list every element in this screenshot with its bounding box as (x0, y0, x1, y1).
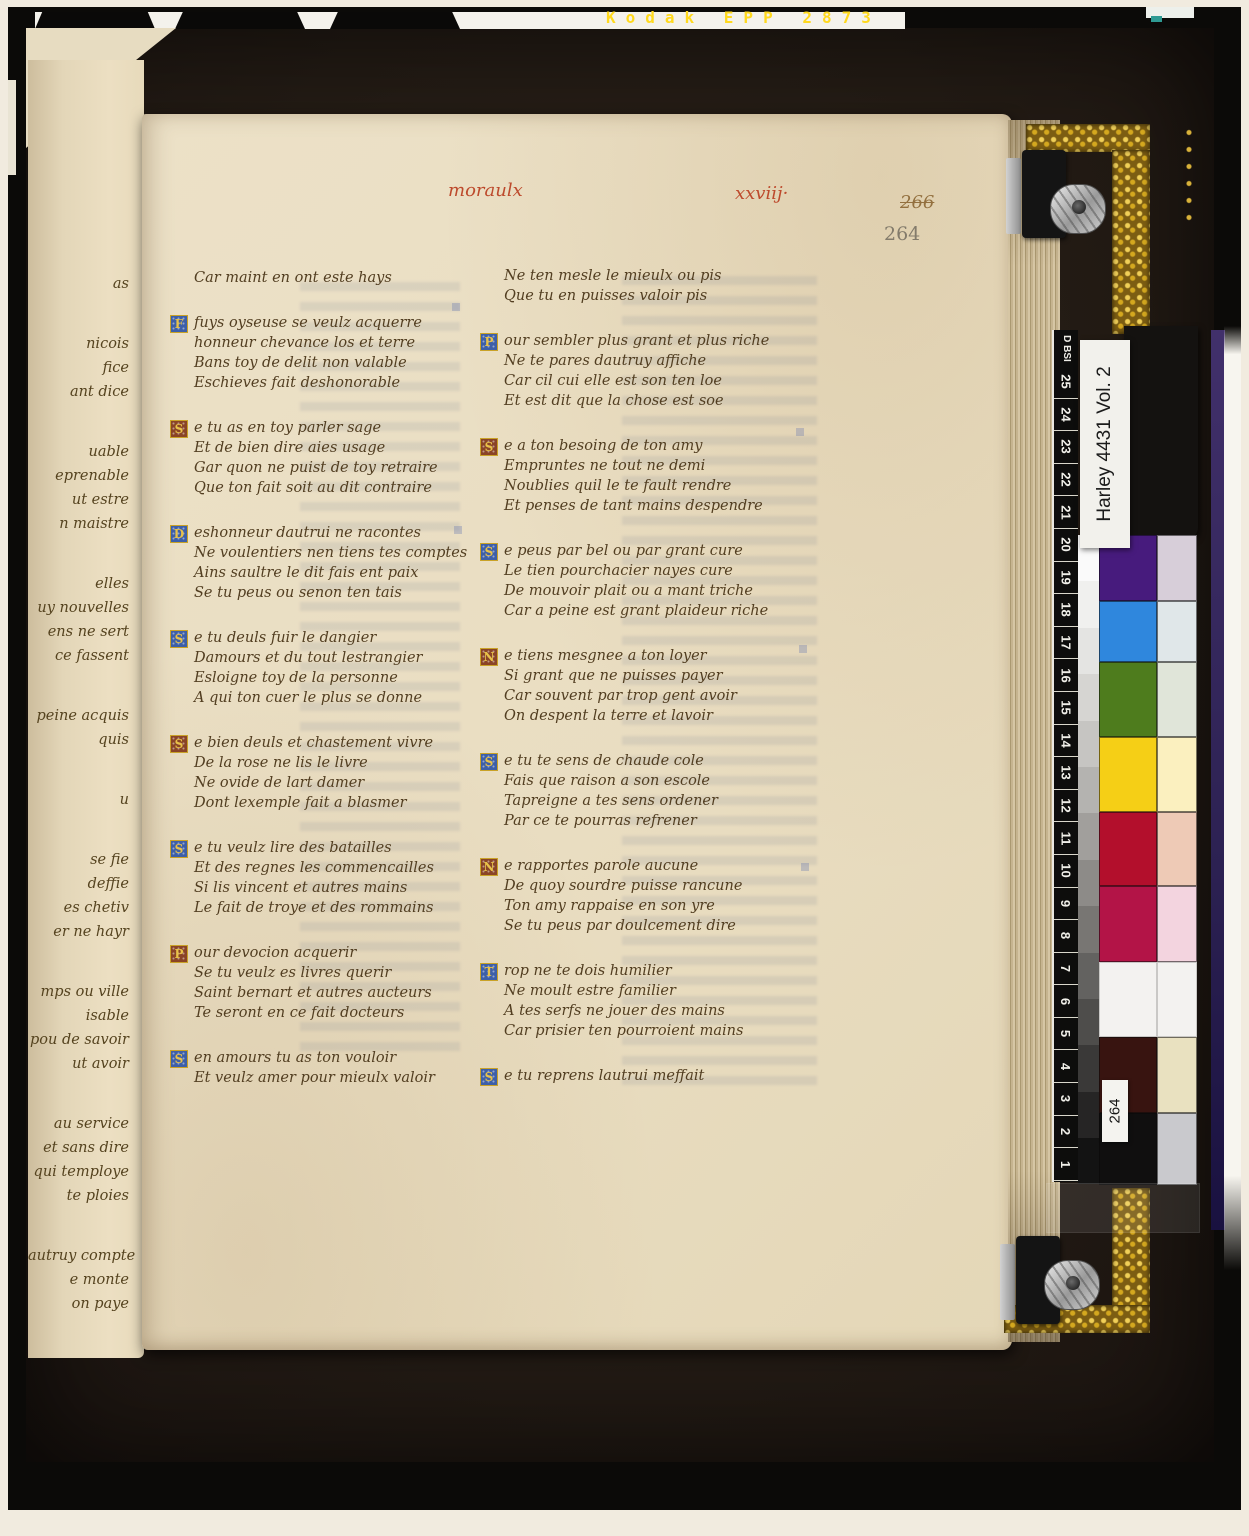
ruler-number: 8 (1054, 920, 1078, 953)
verse-text: e a ton besoing de ton amy (504, 438, 702, 454)
verse-line: S e bien deuls et chastement vivre (170, 733, 470, 753)
color-patch-pale (1157, 886, 1197, 962)
verse-line: Bans toy de delit non valable (170, 353, 470, 373)
verse-line: Et de bien dire aies usage (170, 438, 470, 458)
verse-line: Si lis vincent et autres mains (170, 878, 470, 898)
color-patch-pale (1157, 601, 1197, 662)
color-patch-strong (1099, 737, 1157, 812)
verse-text: Et des regnes les commencailles (194, 860, 434, 876)
color-patch-pair (1099, 812, 1197, 886)
color-patch-pale (1157, 662, 1197, 737)
facing-page-text-fragments: asnicoisficeant diceuableeprenableut est… (28, 272, 134, 1316)
metal-clip-hole-bottom (1066, 1276, 1080, 1290)
ruler-number: 17 (1054, 627, 1078, 660)
grayscale-step (1078, 1138, 1099, 1184)
verse-line: Et est dit que la chose est soe (480, 391, 820, 411)
verse-text: e rapportes parole aucune (504, 858, 698, 874)
verse-line: Le tien pourchacier nayes cure (480, 561, 820, 581)
verse-text: en amours tu as ton vouloir (194, 1050, 396, 1066)
verse-text: Damours et du tout lestrangier (194, 650, 422, 666)
text-fragment: ens ne sert (28, 620, 134, 644)
ruler-number: 1 (1054, 1148, 1078, 1181)
rubric-heading-right: xxviij· (735, 183, 788, 204)
text-fragment: es chetiv (28, 896, 134, 920)
verse-text: e tu as en toy parler sage (194, 420, 381, 436)
verse-text: Ne moult estre familier (504, 983, 676, 999)
illuminated-initial: S (480, 1068, 498, 1086)
verse-text: Se tu peus par doulcement dire (504, 918, 736, 934)
ruler-number: 16 (1054, 659, 1078, 692)
grayscale-step (1078, 813, 1099, 859)
verse-text: Par ce te pourras refrener (504, 813, 697, 829)
text-fragment: ut estre (28, 488, 134, 512)
grayscale-step (1078, 628, 1099, 674)
illuminated-initial: S (480, 753, 498, 771)
text-fragment: autruy compte (28, 1244, 134, 1268)
illuminated-initial: S (170, 840, 188, 858)
verse-text: On despent la terre et lavoir (504, 708, 713, 724)
verse-text: e tiens mesgnee a ton loyer (504, 648, 707, 664)
folio-number-deleted: 266 (900, 192, 934, 213)
illuminated-initial: F (170, 315, 188, 333)
verse-text: Eschieves fait deshonorable (194, 375, 400, 391)
ruler-number: 12 (1054, 790, 1078, 823)
verse-line: A tes serfs ne jouer des mains (480, 1001, 820, 1021)
verse-text: e peus par bel ou par grant cure (504, 543, 743, 559)
verse-line: Fais que raison a son escole (480, 771, 820, 791)
verse-text: A qui ton cuer le plus se donne (194, 690, 422, 706)
shelfmark-label: Harley 4431 Vol. 2 (1080, 340, 1130, 548)
verse-line: Dont lexemple fait a blasmer (170, 793, 470, 813)
gold-tooling-top-vertical (1112, 150, 1150, 334)
film-notch (175, 12, 305, 29)
ruler-number: 14 (1054, 725, 1078, 758)
verse-text: Et veulz amer pour mieulx valoir (194, 1070, 435, 1086)
verse-text: De quoy sourdre puisse rancune (504, 878, 742, 894)
verse-line: Ne moult estre familier (480, 981, 820, 1001)
illuminated-initial: S (170, 630, 188, 648)
grayscale-step (1078, 1045, 1099, 1091)
verse-line: Noublies quil le te fault rendre (480, 476, 820, 496)
verse-text: Tapreigne a tes sens ordener (504, 793, 718, 809)
color-patch-pair (1099, 962, 1197, 1037)
ruler-number: 24 (1054, 399, 1078, 432)
verse-line: Saint bernart et autres aucteurs (170, 983, 470, 1003)
metal-clip-hole-top (1072, 200, 1086, 214)
verse-line: Que tu en puisses valoir pis (480, 286, 820, 306)
text-fragment: deffie (28, 872, 134, 896)
illuminated-initial: S (480, 438, 498, 456)
photographic-ruler: D BSI 2524232221201918171615141312111098… (1052, 330, 1078, 1182)
verse-line: Car maint en ont este hays (170, 268, 470, 288)
text-fragment: fice (28, 356, 134, 380)
verse-column-right: Ne ten mesle le mieulx ou pis Que tu en … (480, 266, 820, 1086)
clip-label-strip-top (1006, 158, 1021, 234)
verse-line: On despent la terre et lavoir (480, 706, 820, 726)
verse-line: D eshonneur dautrui ne racontes (170, 523, 470, 543)
verse-text: Car a peine est grant plaideur riche (504, 603, 768, 619)
verse-line: Esloigne toy de la personne (170, 668, 470, 688)
verse-text: Ne voulentiers nen tiens tes comptes (194, 545, 467, 561)
verse-text: Si grant que ne puisses payer (504, 668, 723, 684)
verse-text: Se tu veulz es livres querir (194, 965, 391, 981)
verse-text: e tu te sens de chaude cole (504, 753, 704, 769)
color-patch-pale (1157, 962, 1197, 1037)
verse-line: Se tu peus par doulcement dire (480, 916, 820, 936)
verse-line: Le fait de troye et des rommains (170, 898, 470, 918)
verse-column-left: Car maint en ont este hays F fuys oyseus… (170, 268, 470, 1088)
grayscale-step (1078, 1092, 1099, 1138)
text-fragment: on paye (28, 1292, 134, 1316)
text-fragment: uable (28, 440, 134, 464)
ruler-number: 4 (1054, 1050, 1078, 1083)
illuminated-initial: P (170, 945, 188, 963)
verse-text: Car prisier ten pourroient mains (504, 1023, 743, 1039)
verse-text: Noublies quil le te fault rendre (504, 478, 731, 494)
verse-line: S e tu deuls fuir le dangier (170, 628, 470, 648)
film-edge-mark (1151, 16, 1162, 22)
film-rebate-purple (1211, 330, 1225, 1230)
verse-line: Se tu peus ou senon ten tais (170, 583, 470, 603)
color-patch-pair (1099, 737, 1197, 812)
grayscale-step (1078, 767, 1099, 813)
verse-line: S e tu reprens lautrui meffait (480, 1066, 820, 1086)
illuminated-initial: T (480, 963, 498, 981)
verse-line: Ains saultre le dit fais ent paix (170, 563, 470, 583)
grayscale-step (1078, 906, 1099, 952)
ruler-number: 25 (1054, 366, 1078, 399)
verse-text: Fais que raison a son escole (504, 773, 710, 789)
grayscale-step-wedge (1078, 535, 1099, 1185)
verse-text: rop ne te dois humilier (504, 963, 672, 979)
verse-line: Tapreigne a tes sens ordener (480, 791, 820, 811)
verse-line: Car prisier ten pourroient mains (480, 1021, 820, 1041)
verse-text: Que tu en puisses valoir pis (504, 288, 707, 304)
verse-line: Et veulz amer pour mieulx valoir (170, 1068, 470, 1088)
ruler-number: 23 (1054, 431, 1078, 464)
ruler-header: D BSI (1054, 330, 1078, 366)
verse-text: honneur chevance los et terre (194, 335, 415, 351)
film-rebate-white (1224, 326, 1241, 1270)
verse-text: Car cil cui elle est son ten loe (504, 373, 722, 389)
text-fragment: n maistre (28, 512, 134, 536)
film-stock-label: Kodak EPP 2873 (606, 8, 986, 30)
text-fragment: qui temploye (28, 1160, 134, 1184)
verse-text: our sembler plus grant et plus riche (504, 333, 769, 349)
verse-line: S e tu veulz lire des batailles (170, 838, 470, 858)
verse-line: Eschieves fait deshonorable (170, 373, 470, 393)
verse-text: De la rose ne lis le livre (194, 755, 368, 771)
color-patch-strong (1099, 662, 1157, 737)
text-fragment: te ploies (28, 1184, 134, 1208)
verse-text: e tu veulz lire des batailles (194, 840, 392, 856)
text-fragment: nicois (28, 332, 134, 356)
grayscale-step (1078, 999, 1099, 1045)
ruler-number: 19 (1054, 562, 1078, 595)
verse-line: Et penses de tant mains despendre (480, 496, 820, 516)
ruler-number: 20 (1054, 529, 1078, 562)
verse-line: Ne te pares dautruy affiche (480, 351, 820, 371)
rubric-heading-left: moraulx (448, 180, 523, 201)
verse-line: P our devocion acquerir (170, 943, 470, 963)
ruler-number: 5 (1054, 1018, 1078, 1051)
verse-text: Que ton fait soit au dit contraire (194, 480, 432, 496)
ruler-number: 7 (1054, 953, 1078, 986)
verse-line: Ne voulentiers nen tiens tes comptes (170, 543, 470, 563)
verse-text: Car souvent par trop gent avoir (504, 688, 737, 704)
verse-line: Empruntes ne tout ne demi (480, 456, 820, 476)
color-patch-pale (1157, 812, 1197, 886)
illuminated-initial: D (170, 525, 188, 543)
verse-line: Car a peine est grant plaideur riche (480, 601, 820, 621)
color-patch-pale (1157, 1037, 1197, 1113)
verse-line: S en amours tu as ton vouloir (170, 1048, 470, 1068)
verse-line: Car souvent par trop gent avoir (480, 686, 820, 706)
verse-line: N e tiens mesgnee a ton loyer (480, 646, 820, 666)
verse-text: De mouvoir plait ou a mant triche (504, 583, 753, 599)
verse-text: Et de bien dire aies usage (194, 440, 385, 456)
verse-line: honneur chevance los et terre (170, 333, 470, 353)
color-patch-strong (1099, 886, 1157, 962)
ruler-number: 13 (1054, 757, 1078, 790)
ruler-number: 6 (1054, 985, 1078, 1018)
ruler-number: 18 (1054, 594, 1078, 627)
text-fragment: elles (28, 572, 134, 596)
verse-text: Si lis vincent et autres mains (194, 880, 407, 896)
verse-text: e bien deuls et chastement vivre (194, 735, 433, 751)
verse-text: Car maint en ont este hays (194, 270, 392, 286)
verse-line: S e peus par bel ou par grant cure (480, 541, 820, 561)
folio-number: 264 (884, 223, 920, 245)
verse-text: Ains saultre le dit fais ent paix (194, 565, 419, 581)
film-notch (35, 12, 155, 29)
verse-line: Si grant que ne puisses payer (480, 666, 820, 686)
grayscale-step (1078, 953, 1099, 999)
verse-text: Ne ten mesle le mieulx ou pis (504, 268, 721, 284)
ruler-number: 22 (1054, 464, 1078, 497)
ruler-number: 11 (1054, 822, 1078, 855)
verse-text: Bans toy de delit non valable (194, 355, 407, 371)
verse-text: our devocion acquerir (194, 945, 356, 961)
text-fragment: as (28, 272, 134, 296)
verse-text: e tu reprens lautrui meffait (504, 1068, 704, 1084)
illuminated-initial: S (170, 1050, 188, 1068)
verse-text: Ne ovide de lart damer (194, 775, 364, 791)
verse-text: Te seront en ce fait docteurs (194, 1005, 404, 1021)
verse-line: Et des regnes les commencailles (170, 858, 470, 878)
verse-text: e tu deuls fuir le dangier (194, 630, 376, 646)
grayscale-step (1078, 721, 1099, 767)
verse-line: Gar quon ne puist de toy retraire (170, 458, 470, 478)
photo-of-manuscript: { "film": { "stock_label": "Kodak EPP 28… (0, 0, 1249, 1536)
verse-line: S e tu as en toy parler sage (170, 418, 470, 438)
verse-line: S e a ton besoing de ton amy (480, 436, 820, 456)
film-edge-sliver-left (8, 80, 16, 175)
gold-tooling-top-horizontal (1026, 124, 1150, 152)
text-fragment: isable (28, 1004, 134, 1028)
color-patch-pale (1157, 737, 1197, 812)
verse-line: Te seront en ce fait docteurs (170, 1003, 470, 1023)
film-notch (330, 12, 460, 29)
verse-line: S e tu te sens de chaude cole (480, 751, 820, 771)
verse-line: A qui ton cuer le plus se donne (170, 688, 470, 708)
color-patch-pair (1099, 662, 1197, 737)
verse-text: eshonneur dautrui ne racontes (194, 525, 421, 541)
color-patch-strong (1099, 812, 1157, 886)
verse-text: Gar quon ne puist de toy retraire (194, 460, 438, 476)
verse-line: F fuys oyseuse se veulz acquerre (170, 313, 470, 333)
verse-line: T rop ne te dois humilier (480, 961, 820, 981)
verse-line: Damours et du tout lestrangier (170, 648, 470, 668)
text-fragment: er ne hayr (28, 920, 134, 944)
black-velvet-patch (1124, 326, 1198, 538)
text-fragment: au service (28, 1112, 134, 1136)
illuminated-initial: S (480, 543, 498, 561)
verse-line: P our sembler plus grant et plus riche (480, 331, 820, 351)
illuminated-initial: S (170, 420, 188, 438)
verse-line: De quoy sourdre puisse rancune (480, 876, 820, 896)
verse-line: De mouvoir plait ou a mant triche (480, 581, 820, 601)
text-fragment: ce fassent (28, 644, 134, 668)
verse-text: Dont lexemple fait a blasmer (194, 795, 407, 811)
text-fragment: peine acquis (28, 704, 134, 728)
ruler-number: 15 (1054, 692, 1078, 725)
color-patch-pair (1099, 601, 1197, 662)
verse-text: Et est dit que la chose est soe (504, 393, 724, 409)
grayscale-step (1078, 674, 1099, 720)
verse-line: De la rose ne lis le livre (170, 753, 470, 773)
verse-text: Empruntes ne tout ne demi (504, 458, 705, 474)
verse-text: Ton amy rappaise en son yre (504, 898, 715, 914)
verse-text: Le fait de troye et des rommains (194, 900, 433, 916)
folio-tag-label: 264 (1102, 1080, 1128, 1142)
grayscale-step (1078, 581, 1099, 627)
clip-label-strip-bottom (1000, 1244, 1015, 1320)
text-fragment: ut avoir (28, 1052, 134, 1076)
verse-line: N e rapportes parole aucune (480, 856, 820, 876)
ruler-number: 21 (1054, 496, 1078, 529)
text-fragment: et sans dire (28, 1136, 134, 1160)
color-patch-pale (1157, 535, 1197, 601)
text-fragment: pou de savoir (28, 1028, 134, 1052)
verse-line: Ton amy rappaise en son yre (480, 896, 820, 916)
verse-text: Le tien pourchacier nayes cure (504, 563, 733, 579)
ruler-number: 2 (1054, 1116, 1078, 1149)
ruler-scale: 2524232221201918171615141312111098765432… (1054, 366, 1078, 1181)
verse-line: Se tu veulz es livres querir (170, 963, 470, 983)
illuminated-initial: N (480, 858, 498, 876)
verse-line: Car cil cui elle est son ten loe (480, 371, 820, 391)
text-fragment: eprenable (28, 464, 134, 488)
text-fragment: u (28, 788, 134, 812)
text-fragment: ant dice (28, 380, 134, 404)
verse-text: Esloigne toy de la personne (194, 670, 398, 686)
illuminated-initial: N (480, 648, 498, 666)
color-patch-pair (1099, 886, 1197, 962)
text-fragment: uy nouvelles (28, 596, 134, 620)
illuminated-initial: P (480, 333, 498, 351)
clear-tape (1046, 1183, 1200, 1233)
gold-stud-dots (1183, 124, 1197, 224)
verse-text: Se tu peus ou senon ten tais (194, 585, 402, 601)
ruler-number: 10 (1054, 855, 1078, 888)
verse-line: Ne ten mesle le mieulx ou pis (480, 266, 820, 286)
verse-line: Par ce te pourras refrener (480, 811, 820, 831)
verse-line: Que ton fait soit au dit contraire (170, 478, 470, 498)
color-patch-strong (1099, 962, 1157, 1037)
grayscale-step (1078, 860, 1099, 906)
text-fragment: e monte (28, 1268, 134, 1292)
color-patch-pale (1157, 1113, 1197, 1185)
ruler-number: 9 (1054, 888, 1078, 921)
ruler-number: 3 (1054, 1083, 1078, 1116)
text-fragment: quis (28, 728, 134, 752)
color-patch-strong (1099, 601, 1157, 662)
verse-text: Saint bernart et autres aucteurs (194, 985, 432, 1001)
text-fragment: mps ou ville (28, 980, 134, 1004)
verse-text: A tes serfs ne jouer des mains (504, 1003, 725, 1019)
verse-text: fuys oyseuse se veulz acquerre (194, 315, 422, 331)
verse-text: Ne te pares dautruy affiche (504, 353, 706, 369)
verse-line: Ne ovide de lart damer (170, 773, 470, 793)
verse-text: Et penses de tant mains despendre (504, 498, 763, 514)
text-fragment: se fie (28, 848, 134, 872)
illuminated-initial: S (170, 735, 188, 753)
